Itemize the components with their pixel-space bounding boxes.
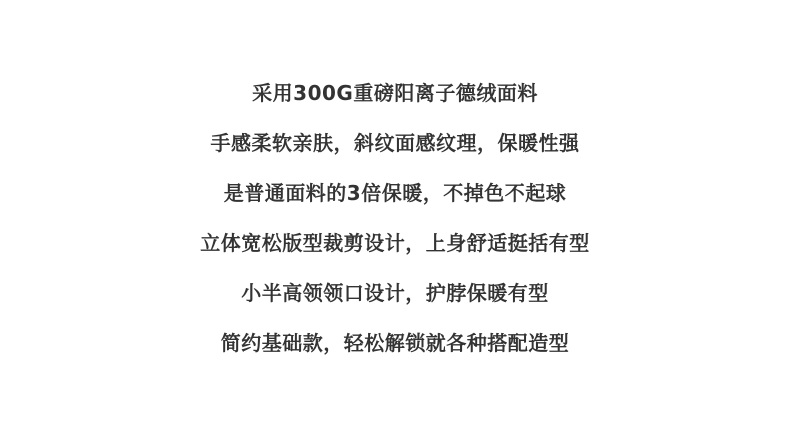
feature-warmth: 是普通面料的3倍保暖，不掉色不起球 [0, 175, 790, 225]
feature-texture: 手感柔软亲肤，斜纹面感纹理，保暖性强 [0, 125, 790, 175]
product-feature-list: 采用300G重磅阳离子德绒面料 手感柔软亲肤，斜纹面感纹理，保暖性强 是普通面料… [0, 75, 790, 375]
feature-cut: 立体宽松版型裁剪设计，上身舒适挺括有型 [0, 225, 790, 275]
feature-styling: 简约基础款，轻松解锁就各种搭配造型 [0, 325, 790, 375]
feature-collar: 小半高领领口设计，护脖保暖有型 [0, 275, 790, 325]
feature-fabric: 采用300G重磅阳离子德绒面料 [0, 75, 790, 125]
